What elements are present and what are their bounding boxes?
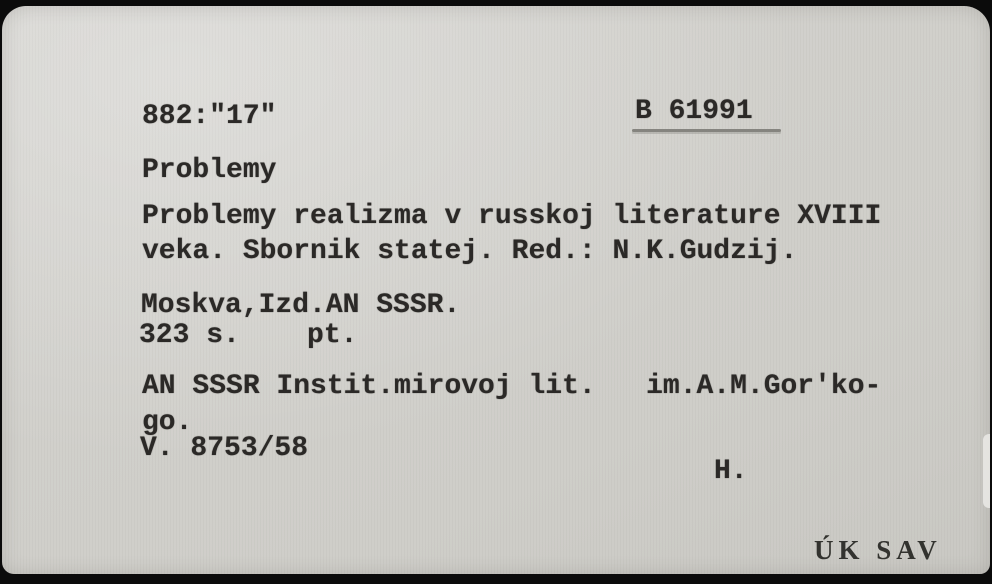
library-stamp: ÚK SAV	[814, 537, 942, 564]
classification-number: 882:"17"	[142, 103, 276, 131]
accession-number: V. 8753/58	[140, 435, 308, 463]
catalog-card: 882:"17" B 61991 Problemy Problemy reali…	[2, 6, 990, 574]
shelfmark-underline	[632, 129, 781, 132]
cataloguer-initials: H.	[714, 458, 748, 486]
collation-line: 323 s. pt.	[139, 322, 357, 350]
series-note-line-1: AN SSSR Instit.mirovoj lit. im.A.M.Gor'k…	[142, 373, 881, 401]
card-edge-highlight	[983, 434, 990, 508]
title-line-1: Problemy realizma v russkoj literature X…	[142, 203, 881, 231]
main-entry-heading: Problemy	[142, 157, 276, 185]
shelfmark: B 61991	[635, 98, 753, 126]
title-line-2: veka. Sbornik statej. Red.: N.K.Gudzij.	[142, 238, 797, 266]
imprint-line: Moskva,Izd.AN SSSR.	[141, 292, 460, 320]
